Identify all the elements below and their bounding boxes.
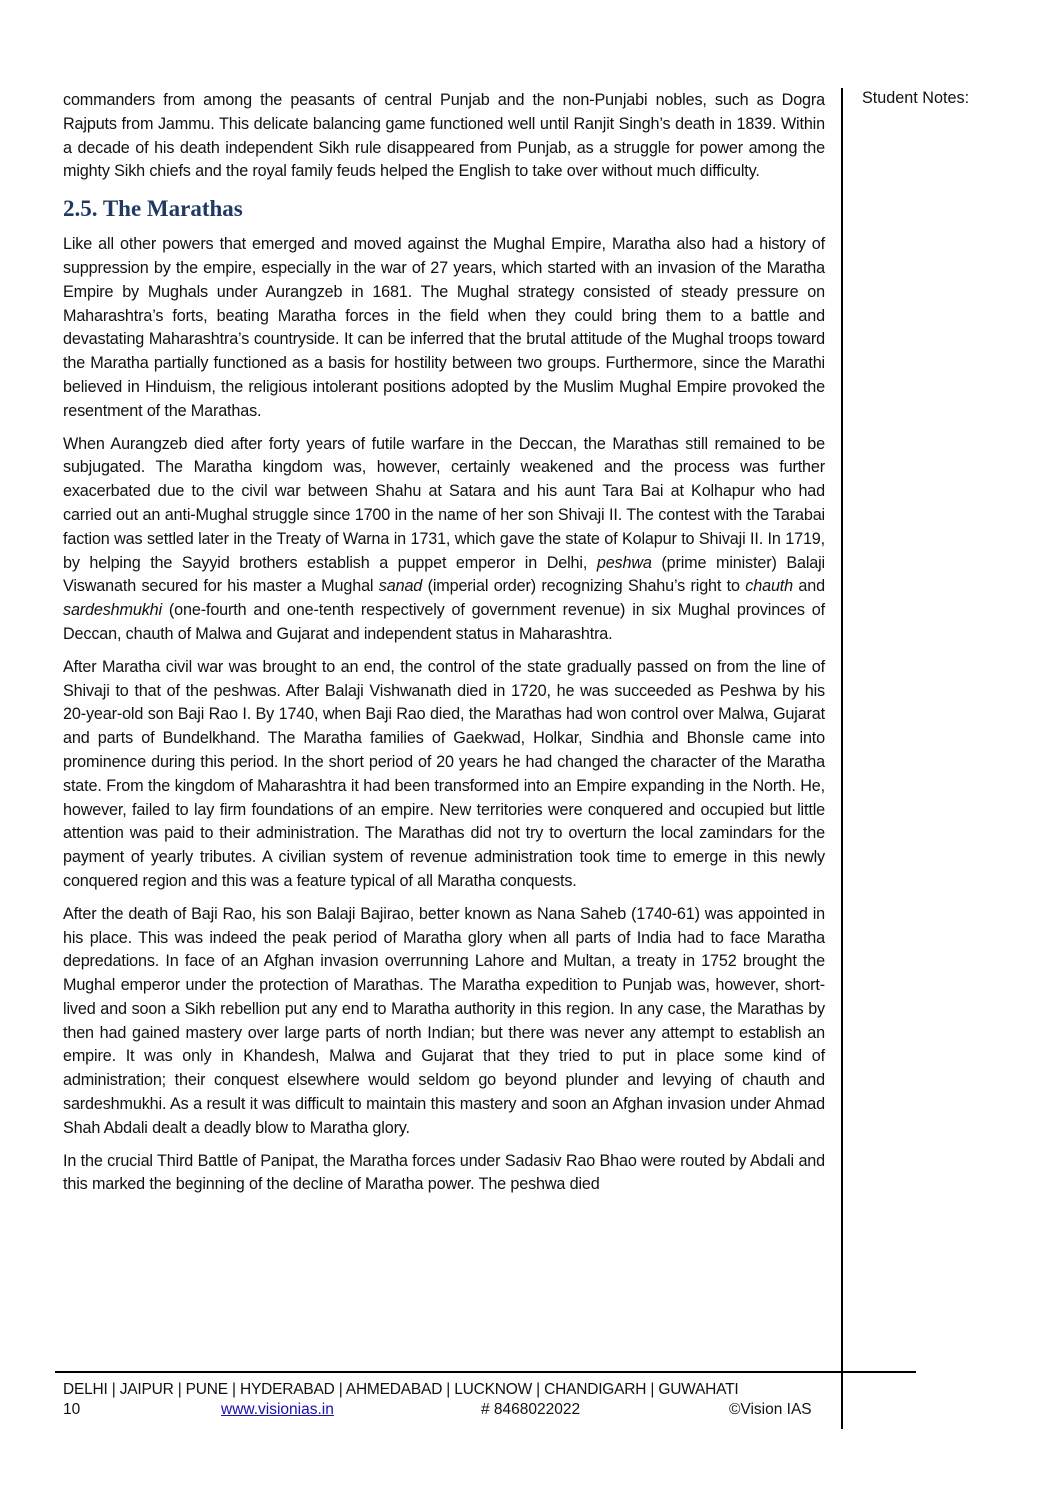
- footer-cities: DELHI | JAIPUR | PUNE | HYDERABAD | AHME…: [63, 1381, 823, 1399]
- text-run: (one-fourth and one-tenth respectively o…: [63, 601, 825, 643]
- italic-term: chauth: [745, 577, 793, 595]
- paragraph-panipat: In the crucial Third Battle of Panipat, …: [63, 1150, 825, 1198]
- notes-divider-vertical: [841, 88, 843, 1429]
- website-link[interactable]: www.visionias.in: [221, 1401, 334, 1419]
- section-heading: 2.5. The Marathas: [63, 195, 825, 223]
- main-content: commanders from among the peasants of ce…: [63, 89, 825, 1206]
- text-run: and: [793, 577, 825, 595]
- intro-paragraph: commanders from among the peasants of ce…: [63, 89, 825, 184]
- italic-term: peshwa: [597, 554, 652, 572]
- copyright: ©Vision IAS: [729, 1401, 812, 1419]
- italic-term: sardeshmukhi: [63, 601, 162, 619]
- phone-number: # 8468022022: [481, 1401, 580, 1419]
- page-footer: DELHI | JAIPUR | PUNE | HYDERABAD | AHME…: [63, 1381, 823, 1425]
- footer-info-row: 10 www.visionias.in # 8468022022 ©Vision…: [63, 1401, 823, 1425]
- italic-term: sanad: [379, 577, 422, 595]
- text-run: (imperial order) recognizing Shahu’s rig…: [422, 577, 745, 595]
- paragraph-nana-saheb: After the death of Baji Rao, his son Bal…: [63, 903, 825, 1141]
- text-run: When Aurangzeb died after forty years of…: [63, 435, 825, 572]
- student-notes-label: Student Notes:: [862, 89, 969, 108]
- paragraph-mughal-suppression: Like all other powers that emerged and m…: [63, 233, 825, 423]
- paragraph-peshwas: After Maratha civil war was brought to a…: [63, 656, 825, 894]
- paragraph-aurangzeb-death: When Aurangzeb died after forty years of…: [63, 433, 825, 647]
- page-number: 10: [63, 1401, 80, 1419]
- footer-divider-horizontal: [55, 1371, 916, 1373]
